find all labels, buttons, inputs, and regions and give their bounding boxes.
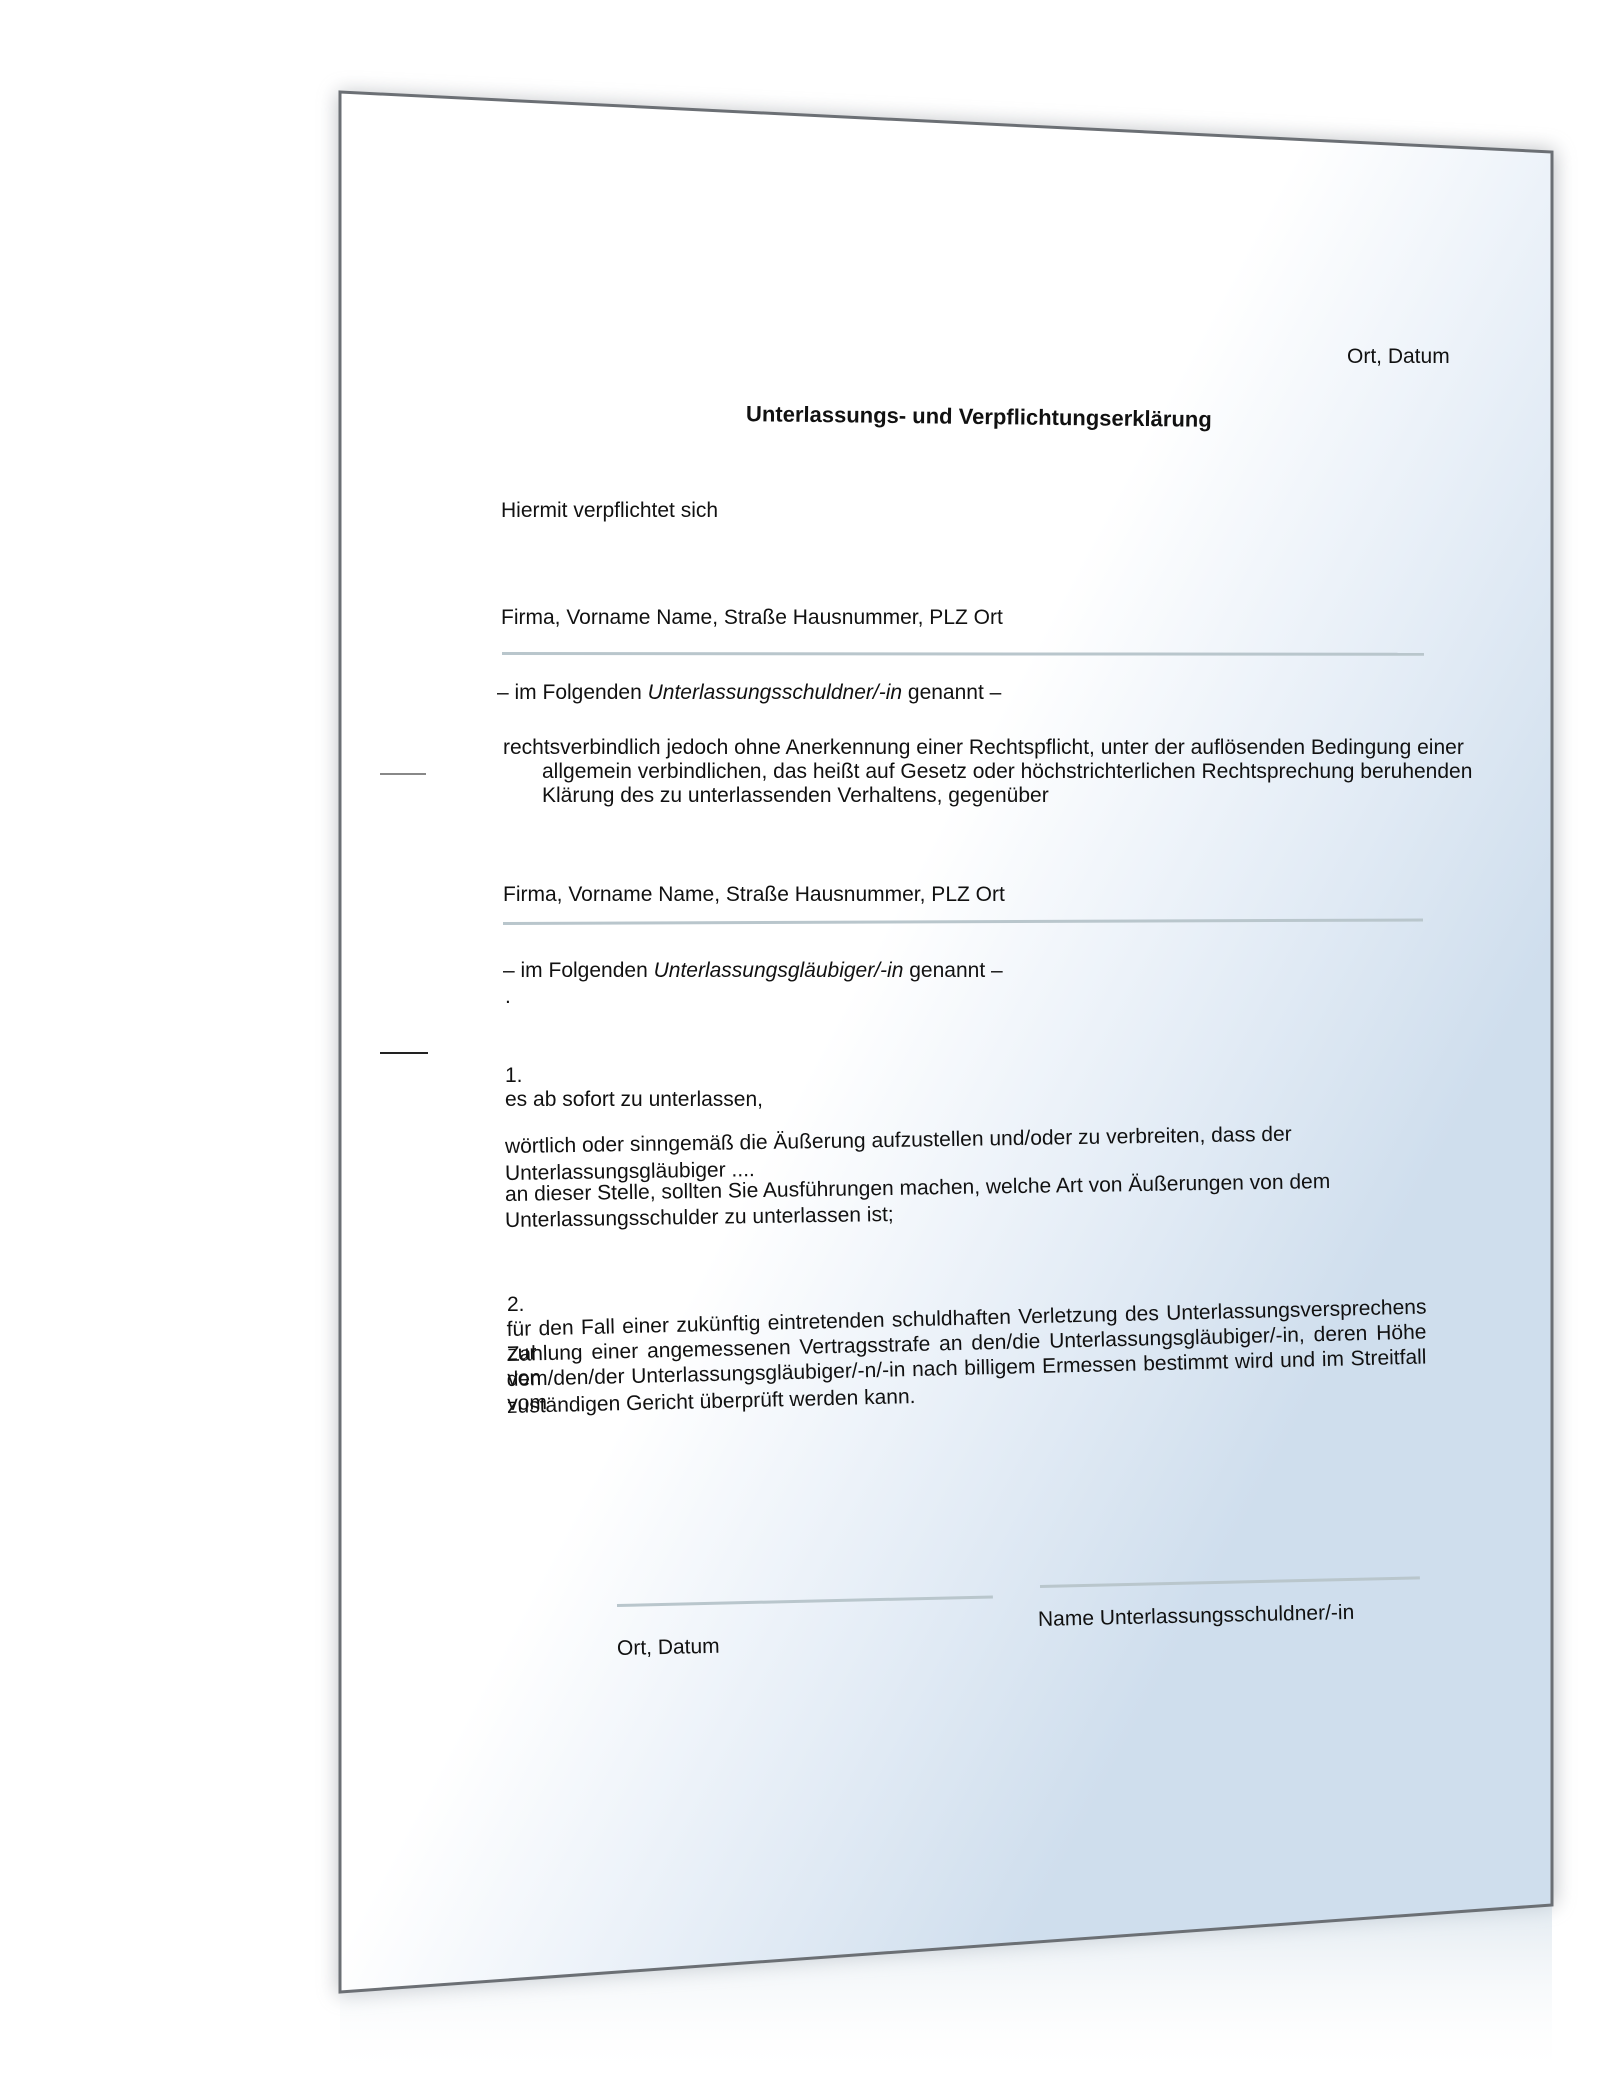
- section1-lead: es ab sofort zu unterlassen,: [505, 1088, 763, 1112]
- party1-address-rule: [502, 652, 1424, 656]
- document-title: Unterlassungs- und Verpflichtungserkläru…: [746, 402, 1212, 432]
- party2-address-field: Firma, Vorname Name, Straße Hausnummer, …: [503, 883, 1005, 907]
- party2-role-line: – im Folgenden Unterlassungsgläubiger/-i…: [503, 959, 1003, 983]
- signature-rule-right: [1040, 1576, 1420, 1588]
- section1-line-1: wörtlich oder sinngemäß die Äußerung auf…: [505, 1123, 1292, 1159]
- party2-address-rule: [503, 918, 1423, 925]
- document-page: Ort, Datum Unterlassungs- und Verpflicht…: [0, 0, 1600, 2100]
- signature-place-date-label: Ort, Datum: [617, 1635, 720, 1661]
- obligation-line-1: rechtsverbindlich jedoch ohne Anerkennun…: [503, 736, 1464, 760]
- section2-number: 2.: [507, 1293, 525, 1317]
- obligation-line-3: Klärung des zu unterlassenden Verhaltens…: [542, 784, 1049, 808]
- section1-number: 1.: [505, 1064, 523, 1088]
- role-creditor: Unterlassungsgläubiger/-in: [654, 959, 904, 982]
- party1-address-field: Firma, Vorname Name, Straße Hausnummer, …: [501, 606, 1003, 630]
- role-suffix: genannt –: [903, 959, 1002, 982]
- role-prefix: – im Folgenden: [497, 681, 648, 704]
- role-suffix: genannt –: [902, 681, 1001, 704]
- intro-text: Hiermit verpflichtet sich: [501, 499, 718, 523]
- role-debtor: Unterlassungsschuldner/-in: [648, 681, 902, 704]
- section1-line-4: Unterlassungsschulder zu unterlassen ist…: [505, 1203, 894, 1233]
- party1-role-line: – im Folgenden Unterlassungsschuldner/-i…: [497, 681, 1001, 705]
- stray-dot: .: [505, 985, 511, 1009]
- obligation-line-2: allgemein verbindlichen, das heißt auf G…: [542, 760, 1472, 784]
- margin-mark: [380, 1052, 428, 1054]
- margin-mark: [380, 773, 426, 775]
- role-prefix: – im Folgenden: [503, 959, 654, 982]
- signature-name-label: Name Unterlassungsschuldner/-in: [1038, 1601, 1355, 1632]
- place-date-top: Ort, Datum: [1347, 345, 1450, 369]
- signature-rule-left: [617, 1595, 993, 1607]
